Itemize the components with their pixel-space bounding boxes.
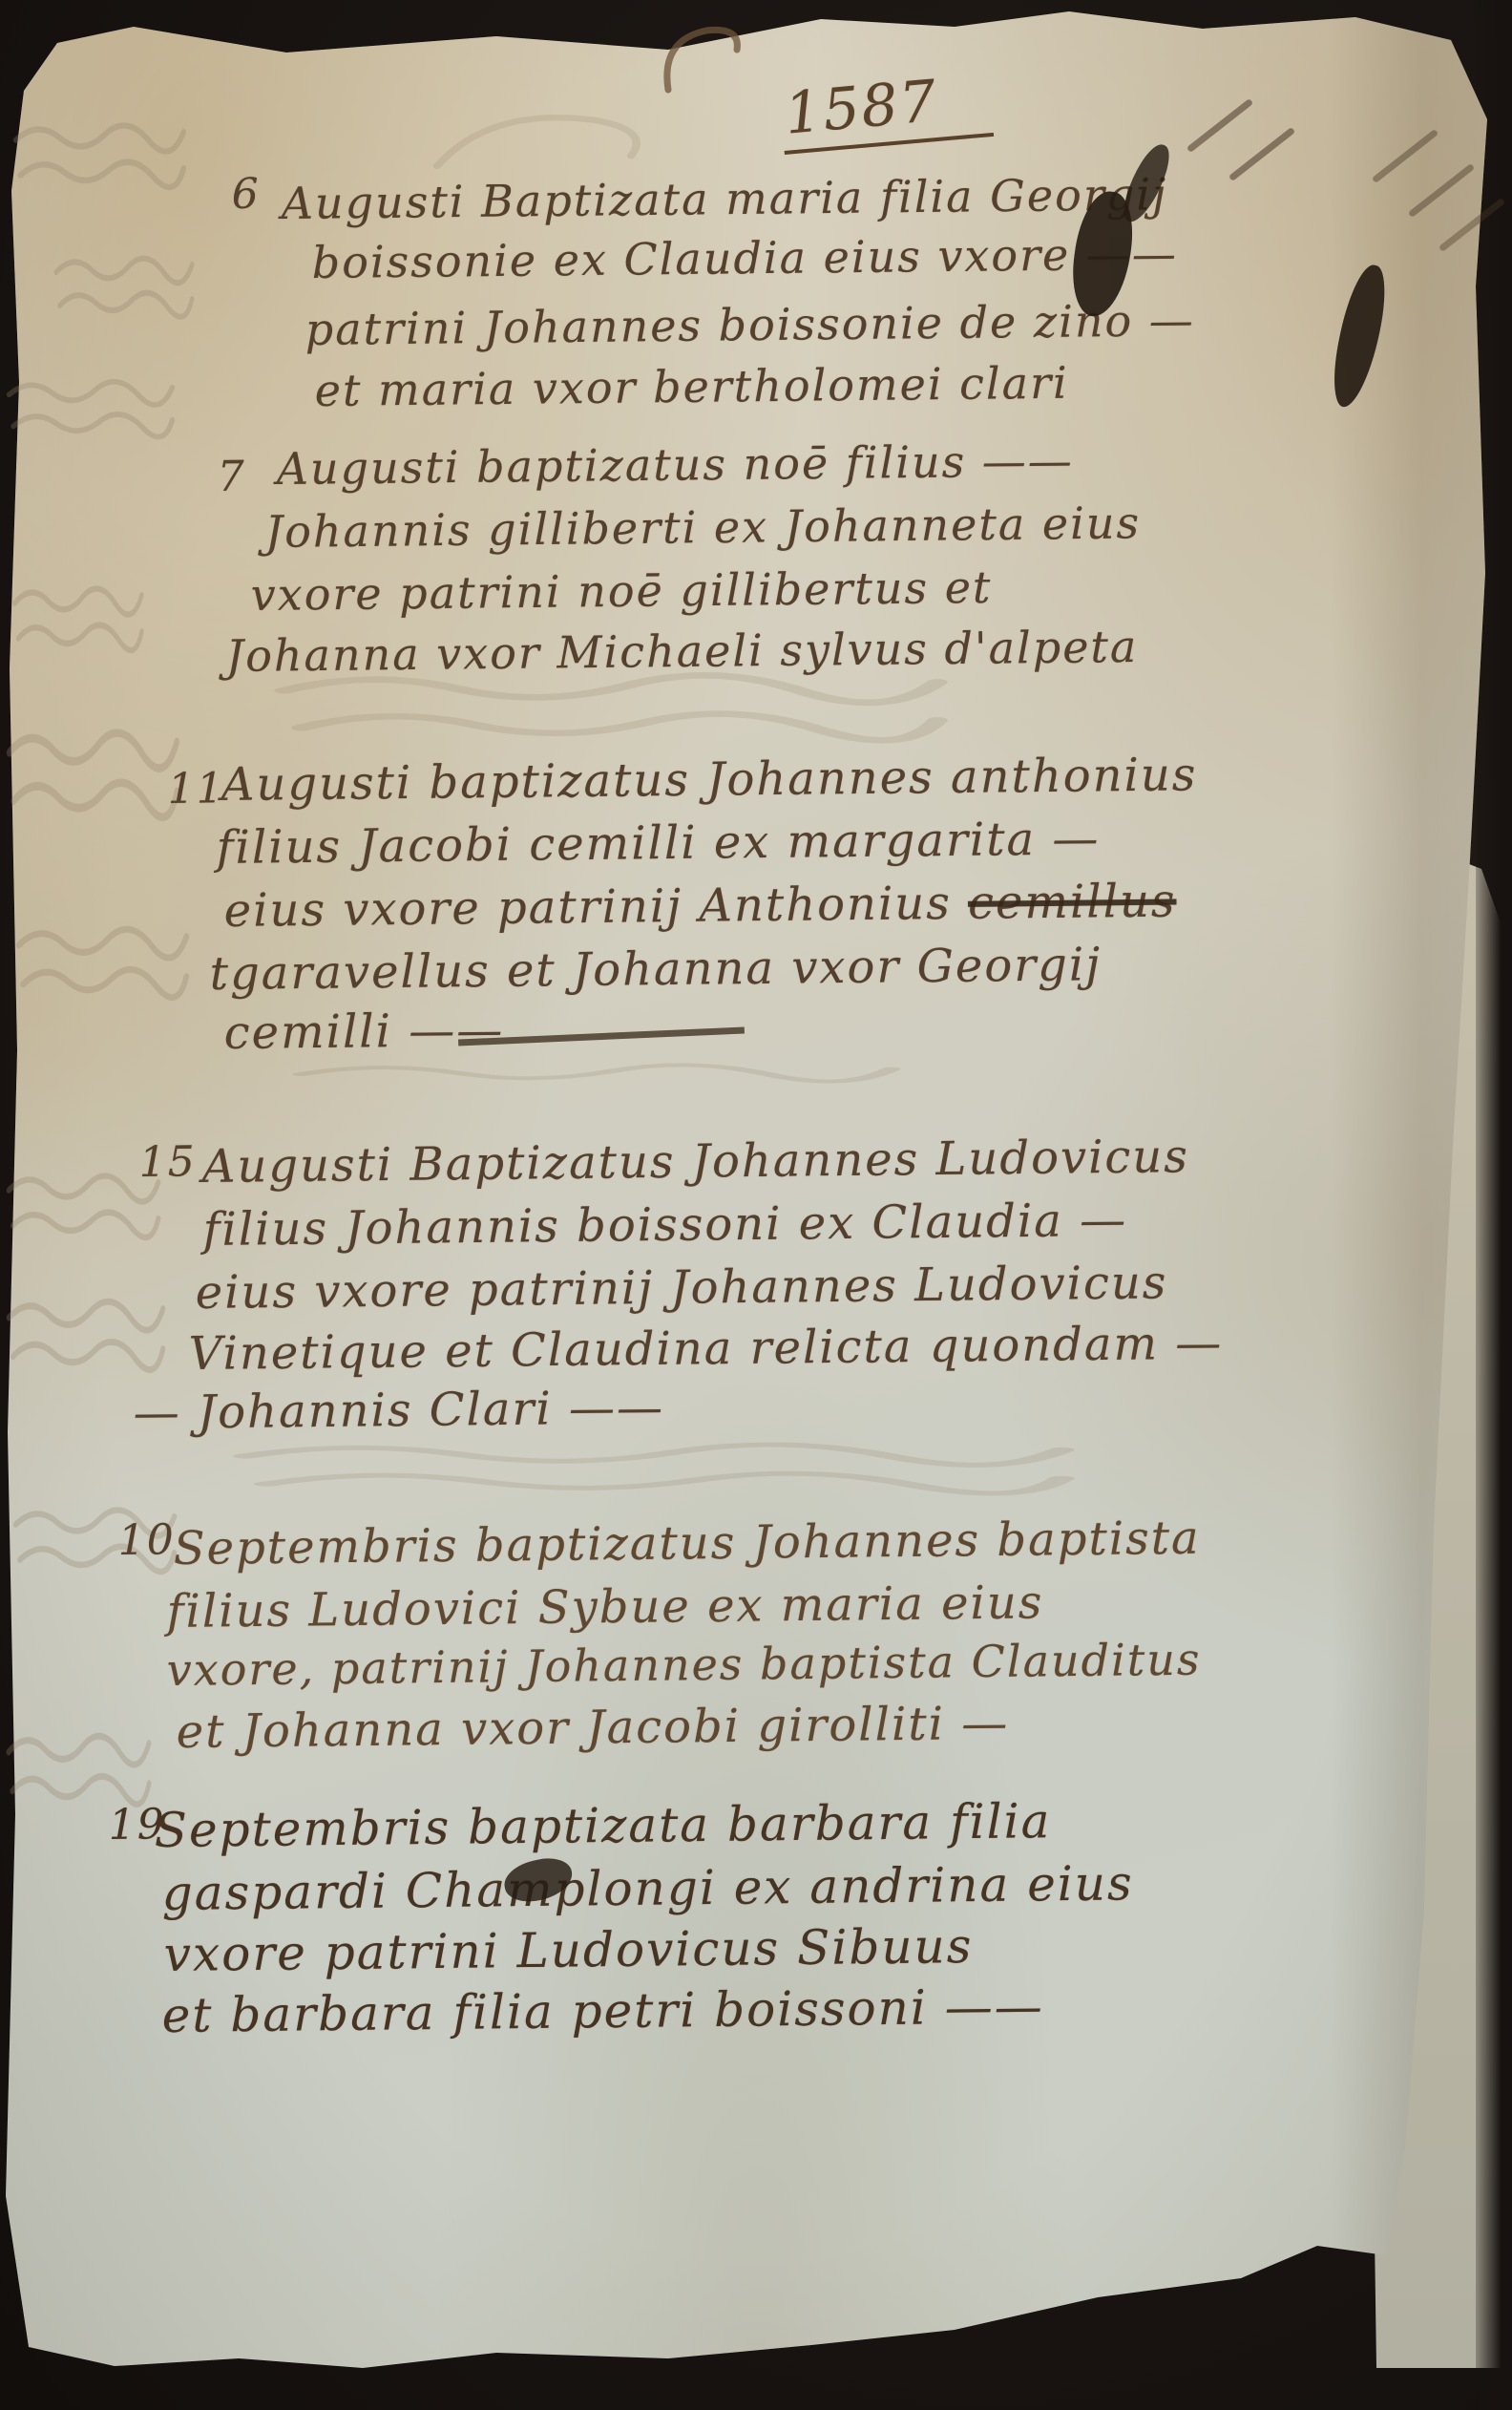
entry-line: et maria vxor bertholomei clari <box>315 361 1069 412</box>
entry-day: 6 <box>232 174 261 216</box>
entry-line: eius vxore patrinij Johannes Ludovicus <box>195 1259 1167 1316</box>
struck-word: cemillus <box>968 875 1177 930</box>
entry-line: et barbara filia petri boissoni —— <box>161 1982 1043 2040</box>
book-edge-shadow <box>1476 0 1512 2410</box>
bleedthrough-mark <box>5 711 181 835</box>
entry-line: vxore, patrinij Johannes baptista Claudi… <box>167 1638 1202 1692</box>
entry-line: Augusti baptizatus noē filius —— <box>277 438 1074 491</box>
entry-line: Vinetique et Claudina relicta quondam — <box>188 1321 1223 1377</box>
entry-line: Augusti baptizatus Johannes anthonius <box>220 751 1197 808</box>
entry-line: — Johannis Clari —— <box>133 1385 664 1436</box>
entry-line: Septembris baptizatus Johannes baptista <box>173 1515 1200 1572</box>
entry-line-text: eius vxore patrinij Anthonius <box>223 877 968 938</box>
entry-day: 15 <box>139 1141 197 1184</box>
manuscript-photo: 1587 6 Augusti Baptizata maria filia Geo… <box>0 0 1512 2410</box>
entry-line: vxore patrini Ludovicus Sibuus <box>163 1922 973 1978</box>
entry-day: 10 <box>118 1519 176 1562</box>
entry-line: et Johanna vxor Jacobi girolliti — <box>176 1701 1009 1755</box>
entry-line: patrini Johannes boissonie de zino — <box>305 298 1195 351</box>
entry-line: cemilli —— <box>223 1007 504 1056</box>
entry-line: Septembris baptizata barbara filia <box>154 1797 1051 1854</box>
bleedthrough-mark <box>11 110 188 201</box>
entry-line: eius vxore patrinij Anthonius cemillus <box>223 878 1176 934</box>
entry-line: Johanna vxor Michaeli sylvus d'alpeta <box>226 624 1139 678</box>
entry-day: 7 <box>218 456 246 498</box>
bleedthrough-mark <box>224 1432 1083 1504</box>
entry-line: Augusti Baptizatus Johannes Ludovicus <box>201 1133 1189 1190</box>
entry-line: tgaravellus et Johanna vxor Georgij <box>209 941 1102 997</box>
bleedthrough-mark <box>286 1055 907 1112</box>
bleedthrough-mark <box>5 1284 167 1385</box>
bleedthrough-mark <box>5 368 177 449</box>
bleedthrough-mark <box>52 243 196 329</box>
entry-day: 11 <box>168 768 225 811</box>
bleedthrough-mark <box>410 95 678 186</box>
ink-flourish <box>657 21 752 97</box>
entry-line: filius Ludovici Sybue ex maria eius <box>166 1579 1043 1635</box>
entry-line: Augusti Baptizata maria filia Georgij <box>282 172 1168 225</box>
bleedthrough-mark <box>14 912 191 1012</box>
entry-line: boissonie ex Claudia eius vxore —— <box>312 232 1179 285</box>
entry-line: Johannis gilliberti ex Johanneta eius <box>265 500 1142 554</box>
entry-line: gaspardi Champlongi ex andrina eius <box>161 1859 1133 1917</box>
entry-line: vxore patrini noē gillibertus et <box>251 565 993 617</box>
entry-line: filius Johannis boissoni ex Claudia — <box>202 1197 1127 1253</box>
bleedthrough-mark <box>11 573 145 664</box>
entry-line: filius Jacobi cemilli ex margarita — <box>216 815 1100 871</box>
